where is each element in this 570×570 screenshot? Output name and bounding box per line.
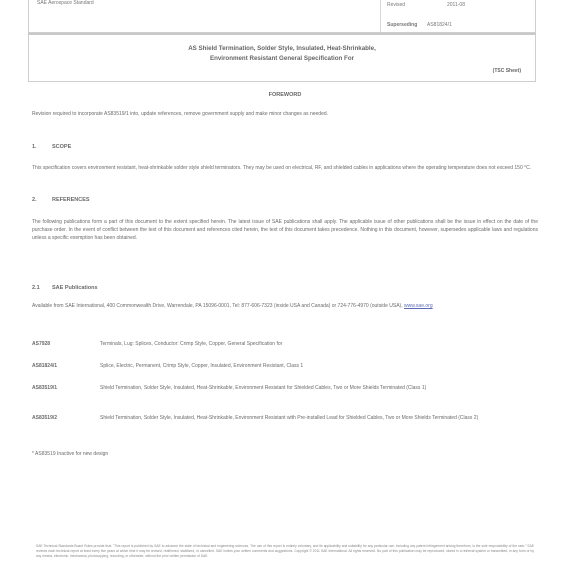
inactive-note: * AS83519 Inactive for new design — [32, 450, 538, 458]
section-sae-heading: 2.1SAE Publications — [32, 285, 98, 291]
title-box: AS Shield Termination, Solder Style, Ins… — [28, 33, 536, 82]
section-references-heading: 2.REFERENCES — [32, 197, 90, 203]
foreword-text: Revision required to incorporate AS83519… — [32, 110, 538, 118]
sae-availability-text: Available from SAE International, 400 Co… — [32, 302, 538, 310]
title-line-1: AS Shield Termination, Solder Style, Ins… — [29, 44, 535, 54]
sae-website-link[interactable]: www.sae.org — [404, 303, 433, 309]
footer-legal-text: SAE Technical Standards Board Rules prov… — [36, 544, 534, 559]
foreword-heading: FOREWORD — [0, 92, 570, 98]
revised-value: 2011-08 — [447, 2, 465, 8]
revised-label: Revised — [387, 2, 405, 8]
superseding-value: AS81824/1 — [427, 22, 452, 28]
document-id: (TSC Sheet) — [493, 68, 521, 74]
header-left-text: SAE Aerospace Standard — [37, 0, 94, 6]
title-line-2: Environment Resistant General Specificat… — [29, 54, 535, 64]
section-scope-heading: 1.SCOPE — [32, 144, 71, 150]
superseding-label: Superseding — [387, 22, 417, 28]
scope-text: This specification covers environment re… — [32, 164, 538, 172]
document-title: AS Shield Termination, Solder Style, Ins… — [29, 44, 535, 64]
header-revision-box: Revised 2011-08 Superseding AS81824/1 — [380, 0, 535, 32]
references-text: The following publications form a part o… — [32, 218, 538, 242]
